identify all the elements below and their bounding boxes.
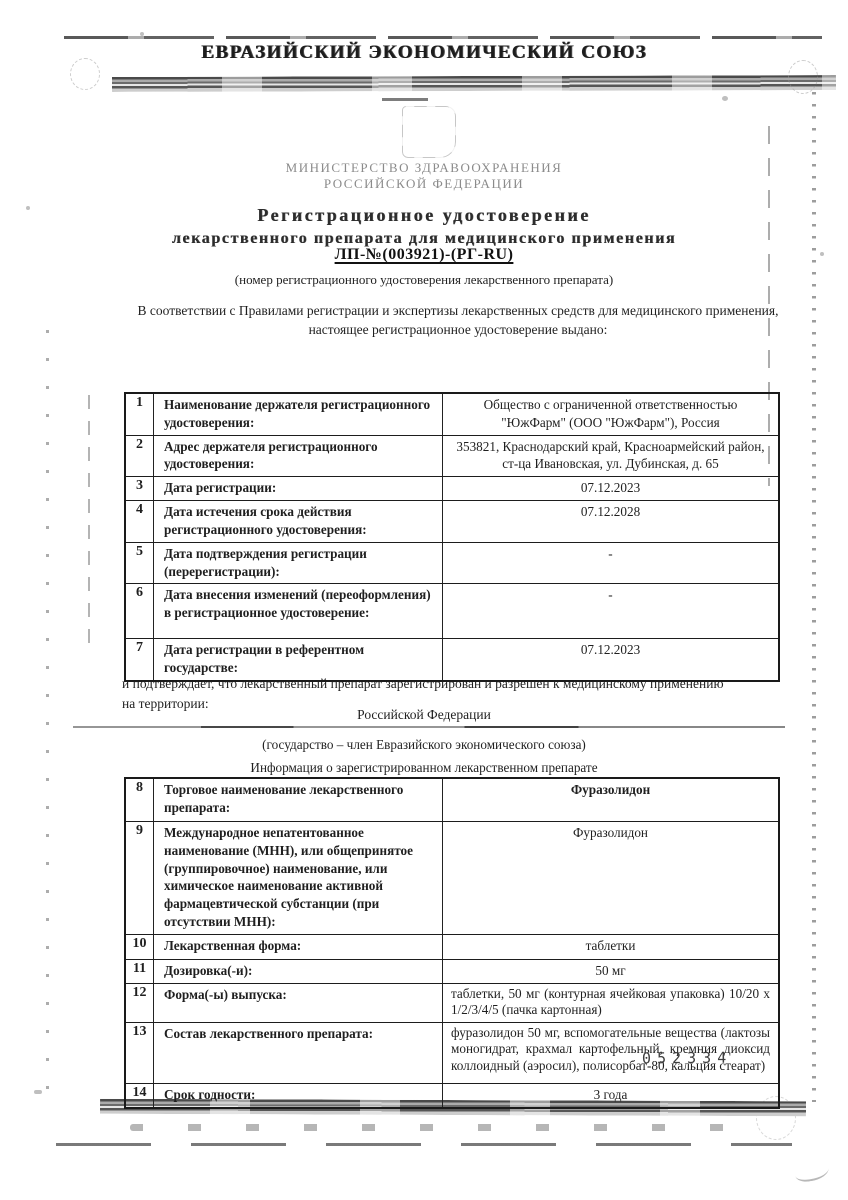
table-row: 2 Адрес держателя регистрационного удост… [126, 435, 778, 477]
confirmation-line-1: и подтверждает, что лекарственный препар… [122, 676, 724, 691]
row-label: Состав лекарственного препарата: [154, 1023, 442, 1083]
row-number: 12 [126, 984, 154, 1022]
table-row: 11 Дозировка(-и): 50 мг [126, 959, 778, 983]
row-number: 11 [126, 960, 154, 983]
table-row: 4 Дата истечения срока действия регистра… [126, 500, 778, 542]
scan-artifact-header-band [112, 75, 836, 92]
row-number: 5 [126, 543, 154, 584]
table-row: 1 Наименование держателя регистрационног… [126, 394, 778, 435]
row-label: Торговое наименование лекарственного пре… [154, 779, 442, 821]
territory-underline [73, 726, 785, 728]
row-number: 6 [126, 584, 154, 638]
row-value: - [442, 584, 778, 638]
scan-artifact-speck [140, 32, 144, 36]
row-number: 9 [126, 822, 154, 934]
row-number: 2 [126, 436, 154, 477]
row-number: 13 [126, 1023, 154, 1083]
row-value: Фуразолидон [442, 779, 778, 821]
row-value: 353821, Краснодарский край, Красноармейс… [442, 436, 778, 477]
row-value: таблетки [442, 935, 778, 959]
table-row: 3 Дата регистрации: 07.12.2023 [126, 476, 778, 500]
scan-artifact-top-rule [64, 36, 822, 39]
row-number: 1 [126, 394, 154, 435]
scan-artifact-squiggle [794, 1161, 830, 1184]
scan-artifact-dot-row [130, 1124, 760, 1131]
document-title-line-1: Регистрационное удостоверение [0, 205, 848, 226]
row-value: таблетки, 50 мг (контурная ячейковая упа… [442, 984, 778, 1022]
document-title-block: Регистрационное удостоверение лекарствен… [0, 205, 848, 288]
row-value: Общество с ограниченной ответственностью… [442, 394, 778, 435]
ministry-line-2: РОССИЙСКОЙ ФЕДЕРАЦИИ [99, 176, 749, 192]
row-number: 4 [126, 501, 154, 542]
registration-number-caption: (номер регистрационного удостоверения ле… [0, 272, 848, 288]
row-label: Дата истечения срока действия регистраци… [154, 501, 442, 542]
table-row: 12 Форма(-ы) выпуска: таблетки, 50 мг (к… [126, 983, 778, 1022]
row-value: 3 года [442, 1084, 778, 1107]
row-number: 14 [126, 1084, 154, 1107]
scan-artifact-center-tick [382, 98, 428, 101]
product-info-caption: Информация о зарегистрированном лекарств… [0, 760, 848, 776]
ministry-name: МИНИСТЕРСТВО ЗДРАВООХРАНЕНИЯ РОССИЙСКОЙ … [99, 160, 749, 193]
row-value: Фуразолидон [442, 822, 778, 934]
scan-artifact-broken-rule [56, 1143, 792, 1146]
scan-artifact-speck [34, 1090, 42, 1094]
row-label: Наименование держателя регистрационного … [154, 394, 442, 435]
row-value: 07.12.2028 [442, 501, 778, 542]
row-label: Срок годности: [154, 1084, 442, 1107]
scan-artifact-dashes-left [88, 395, 90, 645]
row-value: - [442, 543, 778, 584]
table-row: 9 Международное непатентованное наименов… [126, 821, 778, 934]
intro-paragraph: В соответствии с Правилами регистрации и… [130, 302, 786, 340]
row-number: 8 [126, 779, 154, 821]
row-number: 10 [126, 935, 154, 959]
table-row: 5 Дата подтверждения регистрации (перере… [126, 542, 778, 584]
row-value: 07.12.2023 [442, 477, 778, 500]
union-header-title: ЕВРАЗИЙСКИЙ ЭКОНОМИЧЕСКИЙ СОЮЗ [0, 42, 848, 64]
scanned-document-page: ЕВРАЗИЙСКИЙ ЭКОНОМИЧЕСКИЙ СОЮЗ МИНИСТЕРС… [0, 0, 848, 1200]
emblem-placeholder [402, 106, 456, 158]
ministry-line-1: МИНИСТЕРСТВО ЗДРАВООХРАНЕНИЯ [99, 160, 749, 176]
row-value: 50 мг [442, 960, 778, 983]
row-label: Адрес держателя регистрационного удостов… [154, 436, 442, 477]
territory-caption: (государство – член Евразийского экономи… [0, 737, 848, 753]
row-label: Форма(-ы) выпуска: [154, 984, 442, 1022]
row-label: Дата регистрации: [154, 477, 442, 500]
table-row: 14 Срок годности: 3 года [126, 1083, 778, 1107]
scan-artifact-speck [722, 96, 728, 101]
stamp-serial-number: 052334 [642, 1049, 732, 1068]
scan-artifact-circle-right [788, 60, 818, 94]
row-label: Лекарственная форма: [154, 935, 442, 959]
row-label: Дата внесения изменений (переоформления)… [154, 584, 442, 638]
row-label: Международное непатентованное наименован… [154, 822, 442, 934]
table-row: 10 Лекарственная форма: таблетки [126, 934, 778, 959]
row-label: Дозировка(-и): [154, 960, 442, 983]
row-number: 3 [126, 477, 154, 500]
territory-name: Российской Федерации [0, 707, 848, 723]
registration-number: ЛП-№(003921)-(РГ-RU) [0, 246, 848, 264]
table-row: 8 Торговое наименование лекарственного п… [126, 779, 778, 821]
registration-table: 1 Наименование держателя регистрационног… [124, 392, 780, 682]
table-row: 6 Дата внесения изменений (переоформлени… [126, 583, 778, 638]
row-label: Дата подтверждения регистрации (перереги… [154, 543, 442, 584]
